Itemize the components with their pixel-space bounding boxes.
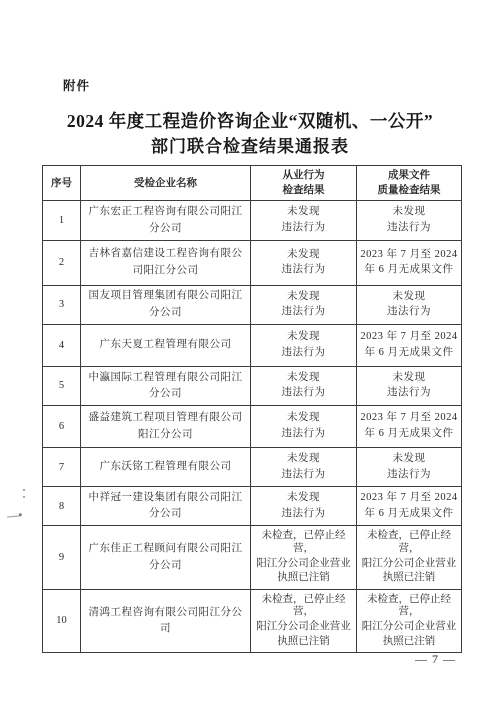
header-practice-line-1: 从业行为 (254, 168, 353, 183)
result-line: 2023 年 7 月至 2024 (360, 331, 458, 344)
practice-result-cell: 未发现违法行为 (251, 406, 357, 448)
result-line: 违法行为 (360, 222, 458, 235)
header-quality-line-2: 质量检查结果 (360, 183, 458, 198)
practice-result-cell: 未检查，已停止经营，阳江分公司企业营业执照已注销 (251, 526, 357, 589)
result-line: 违法行为 (254, 306, 353, 319)
result-line: 违法行为 (254, 264, 353, 277)
practice-result-cell: 未发现违法行为 (251, 324, 357, 366)
company-name-cell: 广东佳正工程顾问有限公司阳江分公司 (81, 526, 251, 589)
table-row: 3 国友项目管理集团有限公司阳江分公司 未发现违法行为 未发现违法行为 (43, 285, 462, 324)
document-title-line-1: 2024 年度工程造价咨询企业“双随机、一公开” (0, 108, 500, 134)
result-line: 执照已注销 (360, 572, 458, 585)
result-line: 未检查，已停止经营， (360, 594, 458, 619)
header-practice-line-2: 检查结果 (254, 183, 353, 198)
quality-result-cell: 未检查，已停止经营，阳江分公司企业营业执照已注销 (357, 589, 462, 652)
table-row: 5 中瀛国际工程管理有限公司阳江分公司 未发现违法行为 未发现违法行为 (43, 366, 462, 405)
row-number-cell: 10 (43, 589, 81, 652)
table-row: 9 广东佳正工程顾问有限公司阳江分公司 未检查，已停止经营，阳江分公司企业营业执… (43, 526, 462, 589)
scan-artifact-dots (23, 489, 25, 503)
result-line: 年 6 月无成果文件 (360, 428, 458, 441)
result-line: 违法行为 (254, 469, 353, 482)
header-company-label: 受检企业名称 (134, 178, 197, 189)
result-line: 执照已注销 (360, 636, 458, 649)
table-row: 8 中祥冠一建设集团有限公司阳江分公司 未发现违法行为 2023 年 7 月至 … (43, 487, 462, 526)
result-line: 未发现 (254, 331, 353, 344)
table-row: 4 广东天夏工程管理有限公司 未发现违法行为 2023 年 7 月至 2024年… (43, 324, 462, 366)
practice-result-cell: 未发现违法行为 (251, 487, 357, 526)
result-line: 未检查，已停止经营， (254, 594, 353, 619)
result-line: 未发现 (254, 492, 353, 505)
scan-artifact-dash (7, 515, 20, 517)
result-line: 未发现 (360, 291, 458, 304)
quality-result-cell: 未发现违法行为 (357, 201, 462, 240)
row-number-cell: 8 (43, 487, 81, 526)
practice-result-cell: 未发现违法行为 (251, 366, 357, 405)
result-line: 违法行为 (254, 428, 353, 441)
row-number-cell: 4 (43, 324, 81, 366)
quality-result-cell: 未发现违法行为 (357, 366, 462, 405)
table-body: 1 广东宏正工程咨询有限公司阳江分公司 未发现违法行为 未发现违法行为 2 吉林… (43, 201, 462, 653)
result-line: 未发现 (360, 206, 458, 219)
result-line: 阳江分公司企业营业 (360, 621, 458, 634)
practice-result-cell: 未发现违法行为 (251, 240, 357, 285)
practice-result-cell: 未发现违法行为 (251, 448, 357, 487)
result-line: 未检查，已停止经营， (360, 530, 458, 555)
row-number-cell: 5 (43, 366, 81, 405)
result-line: 违法行为 (254, 222, 353, 235)
result-line: 违法行为 (360, 387, 458, 400)
header-no-label: 序号 (51, 178, 72, 189)
header-cell-practice: 从业行为 检查结果 (251, 166, 357, 201)
company-name-cell: 国友项目管理集团有限公司阳江分公司 (81, 285, 251, 324)
result-line: 阳江分公司企业营业 (360, 558, 458, 571)
result-line: 未发现 (254, 206, 353, 219)
result-line: 违法行为 (360, 306, 458, 319)
quality-result-cell: 2023 年 7 月至 2024年 6 月无成果文件 (357, 406, 462, 448)
row-number-cell: 9 (43, 526, 81, 589)
inspection-results-table: 序号 受检企业名称 从业行为 检查结果 成果文件 质量检查结果 1 广东宏正工程… (42, 165, 462, 653)
result-line: 执照已注销 (254, 572, 353, 585)
table-header: 序号 受检企业名称 从业行为 检查结果 成果文件 质量检查结果 (43, 166, 462, 201)
quality-result-cell: 2023 年 7 月至 2024年 6 月无成果文件 (357, 240, 462, 285)
table-header-row: 序号 受检企业名称 从业行为 检查结果 成果文件 质量检查结果 (43, 166, 462, 201)
result-line: 违法行为 (360, 469, 458, 482)
result-line: 未发现 (360, 372, 458, 385)
header-quality-line-1: 成果文件 (360, 168, 458, 183)
header-cell-company: 受检企业名称 (81, 166, 251, 201)
table-row: 7 广东沃铭工程管理有限公司 未发现违法行为 未发现违法行为 (43, 448, 462, 487)
document-title: 2024 年度工程造价咨询企业“双随机、一公开” 部门联合检查结果通报表 (0, 108, 500, 159)
row-number-cell: 3 (43, 285, 81, 324)
result-line: 年 6 月无成果文件 (360, 508, 458, 521)
quality-result-cell: 未检查，已停止经营，阳江分公司企业营业执照已注销 (357, 526, 462, 589)
result-line: 2023 年 7 月至 2024 (360, 249, 458, 262)
result-line: 阳江分公司企业营业 (254, 558, 353, 571)
company-name-cell: 广东宏正工程咨询有限公司阳江分公司 (81, 201, 251, 240)
document-title-line-2: 部门联合检查结果通报表 (0, 134, 500, 159)
result-line: 未发现 (254, 249, 353, 262)
result-line: 未发现 (254, 291, 353, 304)
row-number-cell: 7 (43, 448, 81, 487)
practice-result-cell: 未发现违法行为 (251, 285, 357, 324)
header-cell-quality: 成果文件 质量检查结果 (357, 166, 462, 201)
company-name-cell: 清鸿工程咨询有限公司阳江分公司 (81, 589, 251, 652)
result-line: 未发现 (360, 453, 458, 466)
company-name-cell: 中祥冠一建设集团有限公司阳江分公司 (81, 487, 251, 526)
table-row: 1 广东宏正工程咨询有限公司阳江分公司 未发现违法行为 未发现违法行为 (43, 201, 462, 240)
quality-result-cell: 未发现违法行为 (357, 448, 462, 487)
company-name-cell: 广东沃铭工程管理有限公司 (81, 448, 251, 487)
result-line: 年 6 月无成果文件 (360, 264, 458, 277)
result-line: 执照已注销 (254, 636, 353, 649)
page-number: — 7 — (415, 652, 456, 667)
company-name-cell: 盛益建筑工程项目管理有限公司阳江分公司 (81, 406, 251, 448)
row-number-cell: 6 (43, 406, 81, 448)
result-line: 2023 年 7 月至 2024 (360, 412, 458, 425)
result-line: 违法行为 (254, 508, 353, 521)
result-line: 未检查，已停止经营， (254, 530, 353, 555)
quality-result-cell: 2023 年 7 月至 2024年 6 月无成果文件 (357, 487, 462, 526)
result-line: 违法行为 (254, 387, 353, 400)
scanned-document-page: 附件 2024 年度工程造价咨询企业“双随机、一公开” 部门联合检查结果通报表 … (0, 0, 500, 708)
practice-result-cell: 未检查，已停止经营，阳江分公司企业营业执照已注销 (251, 589, 357, 652)
row-number-cell: 1 (43, 201, 81, 240)
result-line: 年 6 月无成果文件 (360, 347, 458, 360)
attachment-label: 附件 (63, 76, 90, 94)
result-line: 未发现 (254, 412, 353, 425)
result-line: 阳江分公司企业营业 (254, 621, 353, 634)
result-line: 违法行为 (254, 347, 353, 360)
table-row: 6 盛益建筑工程项目管理有限公司阳江分公司 未发现违法行为 2023 年 7 月… (43, 406, 462, 448)
result-line: 未发现 (254, 372, 353, 385)
row-number-cell: 2 (43, 240, 81, 285)
quality-result-cell: 未发现违法行为 (357, 285, 462, 324)
header-cell-no: 序号 (43, 166, 81, 201)
result-line: 2023 年 7 月至 2024 (360, 492, 458, 505)
result-line: 未发现 (254, 453, 353, 466)
quality-result-cell: 2023 年 7 月至 2024年 6 月无成果文件 (357, 324, 462, 366)
table-row: 2 吉林省嘉信建设工程咨询有限公司阳江分公司 未发现违法行为 2023 年 7 … (43, 240, 462, 285)
company-name-cell: 吉林省嘉信建设工程咨询有限公司阳江分公司 (81, 240, 251, 285)
company-name-cell: 中瀛国际工程管理有限公司阳江分公司 (81, 366, 251, 405)
company-name-cell: 广东天夏工程管理有限公司 (81, 324, 251, 366)
table-row: 10 清鸿工程咨询有限公司阳江分公司 未检查，已停止经营，阳江分公司企业营业执照… (43, 589, 462, 652)
practice-result-cell: 未发现违法行为 (251, 201, 357, 240)
